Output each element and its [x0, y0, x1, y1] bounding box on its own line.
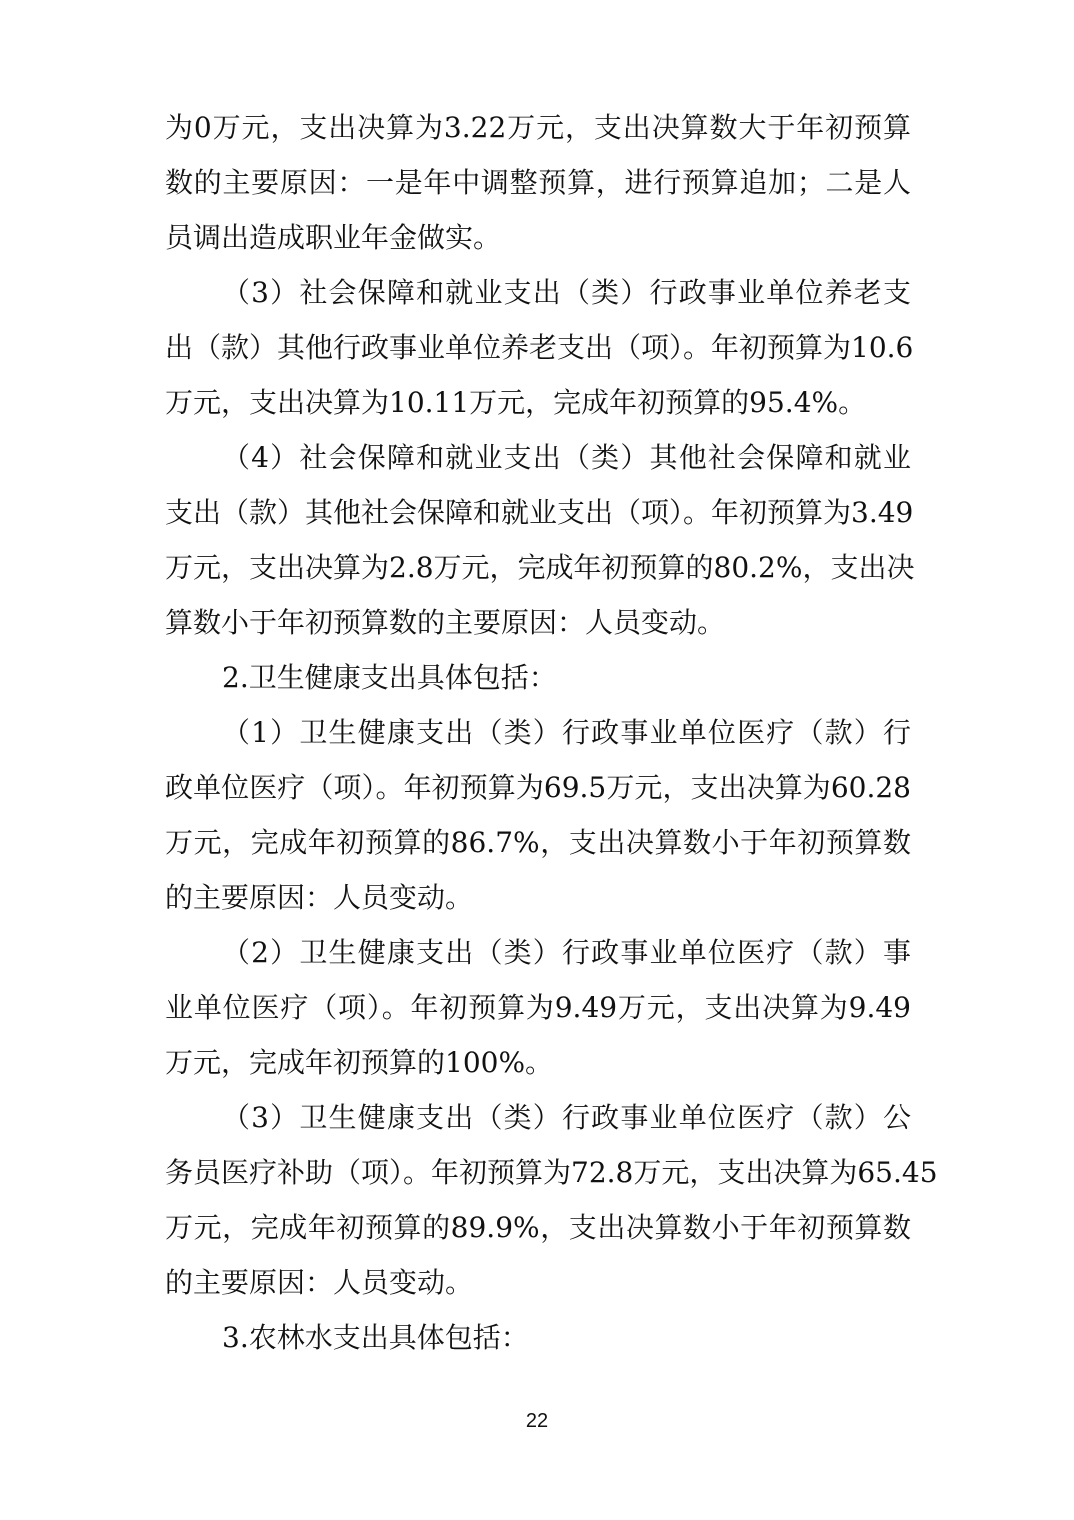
text-line: 为0万元，支出决算为3.22万元，支出决算数大于年初预算	[165, 108, 911, 148]
text-line: 务员医疗补助（项）。年初预算为72.8万元，支出决算为65.45	[165, 1153, 911, 1193]
text-line: 万元，完成年初预算的86.7%，支出决算数小于年初预算数	[165, 823, 911, 863]
section-heading: 2.卫生健康支出具体包括：	[222, 658, 911, 698]
text-line: （1）卫生健康支出（类）行政事业单位医疗（款）行	[222, 713, 911, 753]
text-line: 万元，支出决算为10.11万元，完成年初预算的95.4%。	[165, 383, 911, 423]
text-line: 算数小于年初预算数的主要原因：人员变动。	[165, 603, 911, 643]
text-line: 万元，支出决算为2.8万元，完成年初预算的80.2%，支出决	[165, 548, 911, 588]
text-line: 员调出造成职业年金做实。	[165, 218, 911, 258]
document-page: 为0万元，支出决算为3.22万元，支出决算数大于年初预算 数的主要原因：一是年中…	[0, 0, 1074, 1520]
text-line: （3）卫生健康支出（类）行政事业单位医疗（款）公	[222, 1098, 911, 1138]
text-line: （3）社会保障和就业支出（类）行政事业单位养老支	[222, 273, 911, 313]
text-line: 业单位医疗（项）。年初预算为9.49万元，支出决算为9.49	[165, 988, 911, 1028]
text-line: 出（款）其他行政事业单位养老支出（项）。年初预算为10.6	[165, 328, 911, 368]
text-line: （4）社会保障和就业支出（类）其他社会保障和就业	[222, 438, 911, 478]
text-line: 支出（款）其他社会保障和就业支出（项）。年初预算为3.49	[165, 493, 911, 533]
text-line: 的主要原因：人员变动。	[165, 1263, 911, 1303]
text-line: 万元，完成年初预算的89.9%，支出决算数小于年初预算数	[165, 1208, 911, 1248]
page-number: 22	[0, 1408, 1074, 1434]
section-heading: 3.农林水支出具体包括：	[222, 1318, 911, 1358]
text-line: 政单位医疗（项）。年初预算为69.5万元，支出决算为60.28	[165, 768, 911, 808]
text-line: 的主要原因：人员变动。	[165, 878, 911, 918]
text-line: 数的主要原因：一是年中调整预算，进行预算追加；二是人	[165, 163, 911, 203]
text-line: （2）卫生健康支出（类）行政事业单位医疗（款）事	[222, 933, 911, 973]
text-line: 万元，完成年初预算的100%。	[165, 1043, 911, 1083]
